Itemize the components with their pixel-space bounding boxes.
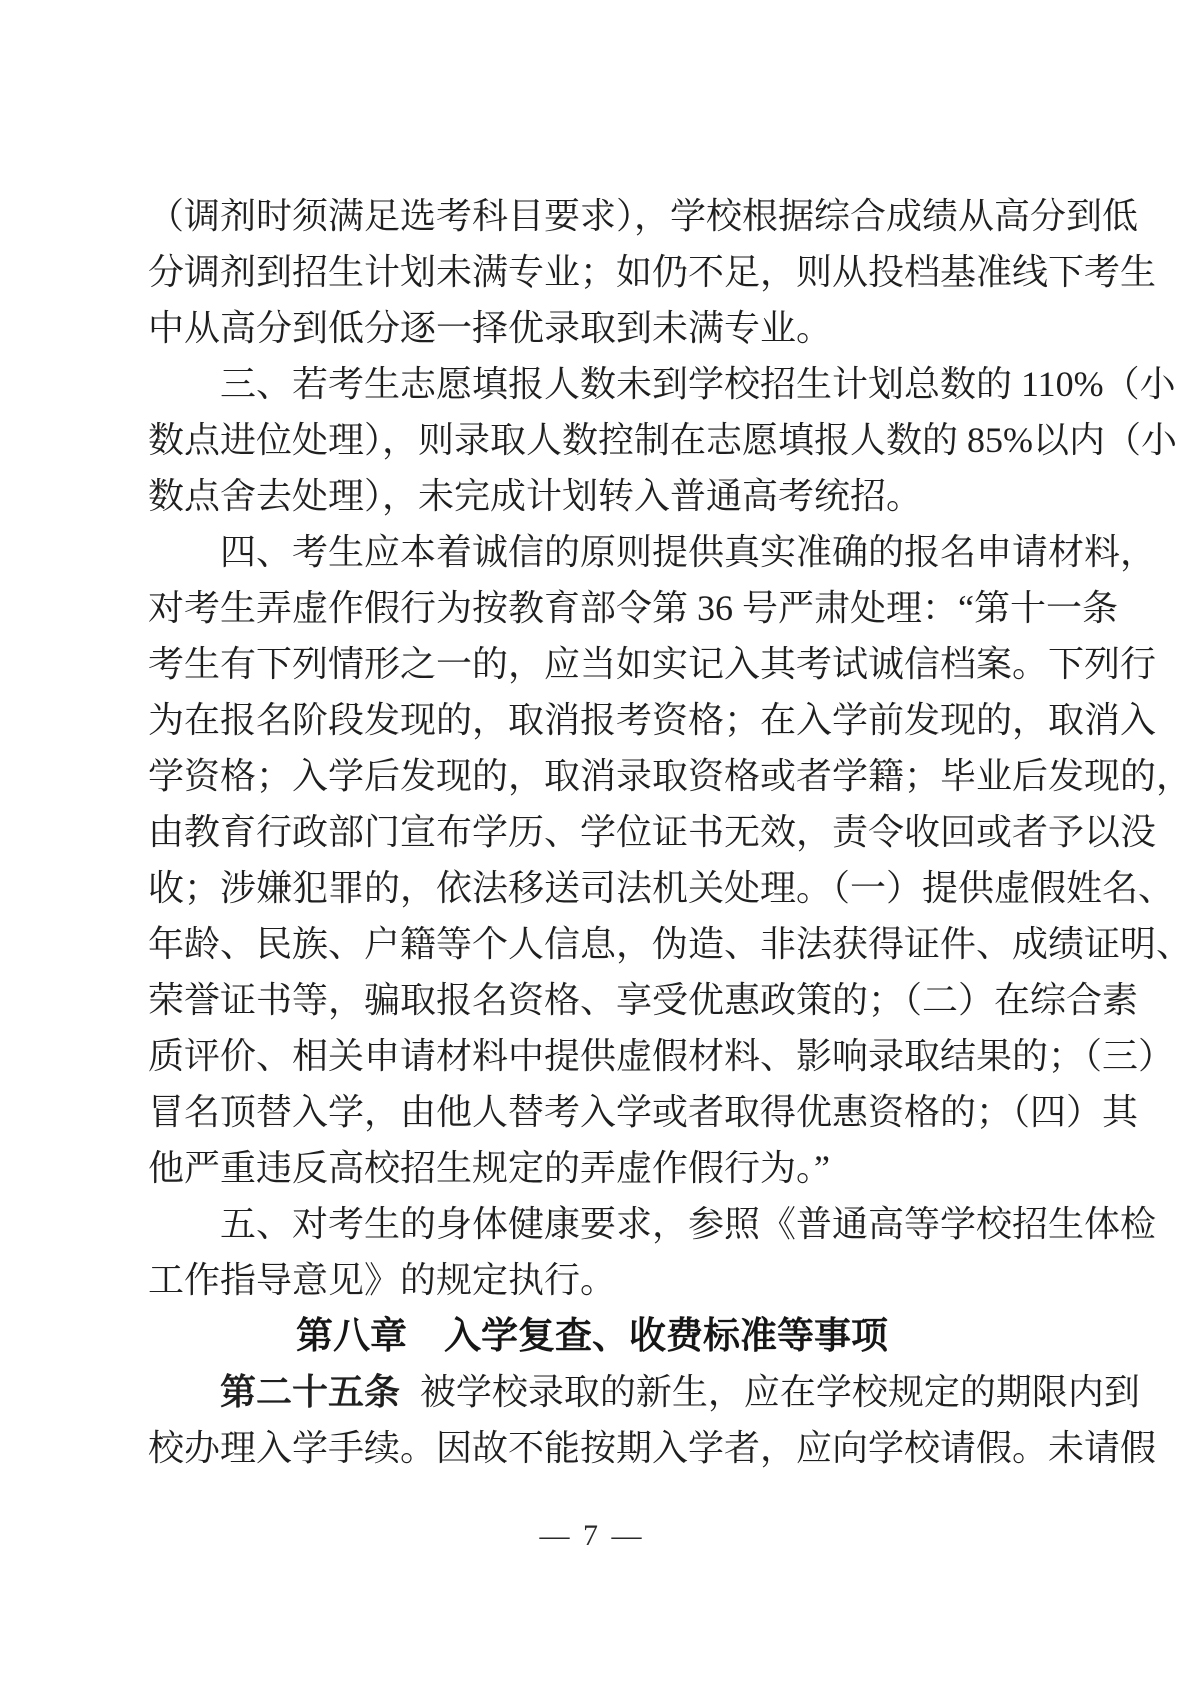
text-line: 三、若考生志愿填报人数未到学校招生计划总数的 110%（小 — [148, 356, 1036, 412]
text-line: 校办理入学手续。因故不能按期入学者，应向学校请假。未请假 — [148, 1420, 1036, 1476]
paragraph-4: 五、对考生的身体健康要求，参照《普通高等学校招生体检 工作指导意见》的规定执行。 — [148, 1196, 1036, 1308]
paragraph-1: （调剂时须满足选考科目要求），学校根据综合成绩从高分到低 分调剂到招生计划未满专… — [148, 188, 1036, 356]
text-line: 考生有下列情形之一的，应当如实记入其考试诚信档案。下列行 — [148, 636, 1036, 692]
text-line: 学资格；入学后发现的，取消录取资格或者学籍；毕业后发现的， — [148, 748, 1036, 804]
paragraph-3: 四、考生应本着诚信的原则提供真实准确的报名申请材料， 对考生弄虚作假行为按教育部… — [148, 524, 1036, 1196]
document-content: （调剂时须满足选考科目要求），学校根据综合成绩从高分到低 分调剂到招生计划未满专… — [148, 188, 1036, 1476]
paragraph-article-25: 第二十五条被学校录取的新生，应在学校规定的期限内到 校办理入学手续。因故不能按期… — [148, 1364, 1036, 1476]
text-line: 数点舍去处理），未完成计划转入普通高考统招。 — [148, 468, 1036, 524]
document-page: （调剂时须满足选考科目要求），学校根据综合成绩从高分到低 分调剂到招生计划未满专… — [0, 0, 1190, 1684]
text-line: 质评价、相关申请材料中提供虚假材料、影响录取结果的；（三） — [148, 1028, 1036, 1084]
text-line: 年龄、民族、户籍等个人信息，伪造、非法获得证件、成绩证明、 — [148, 916, 1036, 972]
text-line: 工作指导意见》的规定执行。 — [148, 1252, 1036, 1308]
text-line: 为在报名阶段发现的，取消报考资格；在入学前发现的，取消入 — [148, 692, 1036, 748]
text-line: 收；涉嫌犯罪的，依法移送司法机关处理。（一）提供虚假姓名、 — [148, 860, 1036, 916]
text-line: （调剂时须满足选考科目要求），学校根据综合成绩从高分到低 — [148, 188, 1036, 244]
text-line: 由教育行政部门宣布学历、学位证书无效，责令收回或者予以没 — [148, 804, 1036, 860]
text-line: 冒名顶替入学，由他人替考入学或者取得优惠资格的；（四）其 — [148, 1084, 1036, 1140]
text-line: 对考生弄虚作假行为按教育部令第 36 号严肃处理：“第十一条 — [148, 580, 1036, 636]
text-line: 四、考生应本着诚信的原则提供真实准确的报名申请材料， — [148, 524, 1036, 580]
text-line: 分调剂到招生计划未满专业；如仍不足，则从投档基准线下考生 — [148, 244, 1036, 300]
text-line: 数点进位处理），则录取人数控制在志愿填报人数的 85%以内（小 — [148, 412, 1036, 468]
chapter-heading: 第八章 入学复查、收费标准等事项 — [148, 1308, 1036, 1364]
text-line: 五、对考生的身体健康要求，参照《普通高等学校招生体检 — [148, 1196, 1036, 1252]
article-text: 被学校录取的新生，应在学校规定的期限内到 — [420, 1372, 1140, 1412]
text-line: 第二十五条被学校录取的新生，应在学校规定的期限内到 — [148, 1364, 1036, 1420]
text-line: 荣誉证书等，骗取报名资格、享受优惠政策的；（二）在综合素 — [148, 972, 1036, 1028]
page-number: — 7 — — [148, 1516, 1036, 1556]
text-line: 中从高分到低分逐一择优录取到未满专业。 — [148, 300, 1036, 356]
article-number-label: 第二十五条 — [220, 1372, 400, 1412]
text-line: 他严重违反高校招生规定的弄虚作假行为。” — [148, 1140, 1036, 1196]
paragraph-2: 三、若考生志愿填报人数未到学校招生计划总数的 110%（小 数点进位处理），则录… — [148, 356, 1036, 524]
